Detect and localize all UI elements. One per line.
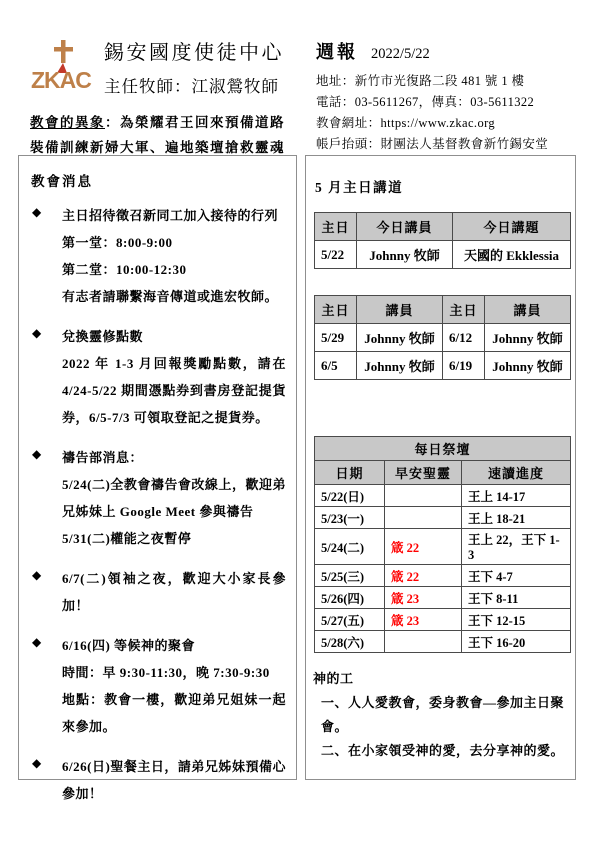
news-item: ◆ 6/26(日)聖餐主日，請弟兄姊妹預備心參加！ (29, 753, 286, 807)
table-row: 5/27(五) 箴 23 王下 12-15 (315, 609, 571, 631)
altar-date: 5/28(六) (315, 631, 385, 653)
news-item-body: 主日招待徵召新同工加入接待的行列 第一堂：8:00-9:00 第二堂：10:00… (62, 202, 286, 310)
sermon-date: 5/22 (315, 241, 357, 269)
altar-date: 5/26(四) (315, 587, 385, 609)
schedule-date: 6/12 (443, 324, 485, 352)
sermon-speaker: Johnny 牧師 (357, 241, 453, 269)
bulletin-title: 週報 (316, 42, 358, 62)
col-header: 今日講員 (357, 213, 453, 241)
altar-devotion: 箴 22 (385, 529, 462, 565)
sermon-section-title: 5 月主日講道 (315, 176, 568, 196)
news-line: 5/24(二)全教會禱告會改線上，歡迎弟兄姊妹上 Google Meet 參與禱… (62, 471, 286, 525)
news-item: ◆ 兌換靈修點數 2022 年 1-3 月回報獎勵點數，請在 4/24-5/22… (29, 323, 286, 431)
vision-line-1-text: ：為榮耀君王回來預備道路 (105, 115, 285, 130)
news-line: 兌換靈修點數 (62, 323, 286, 350)
diamond-bullet-icon: ◆ (29, 202, 62, 310)
diamond-bullet-icon: ◆ (29, 444, 62, 552)
altar-reading: 王下 4-7 (462, 565, 571, 587)
news-item-body: 禱告部消息： 5/24(二)全教會禱告會改線上，歡迎弟兄姊妹上 Google M… (62, 444, 286, 552)
news-item-body: 6/16(四) 等候神的聚會 時間：早 9:30-11:30，晚 7:30-9:… (62, 632, 286, 740)
diamond-bullet-icon: ◆ (29, 632, 62, 740)
news-line: 第二堂：10:00-12:30 (62, 256, 286, 283)
logo-text: ZKAC (31, 67, 91, 93)
bulletin-page: ZKAC 錫安國度使徒中心 主任牧師：江淑鶯牧師 教會的異象：為榮耀君王回來預備… (0, 0, 595, 841)
church-logo-icon: ZKAC (30, 38, 96, 96)
speaker-schedule-table: 主日 講員 主日 講員 5/29 Johnny 牧師 6/12 Johnny 牧… (314, 295, 571, 380)
col-header: 主日 (443, 296, 485, 324)
news-line: 有志者請聯繫海音傳道或進宏牧師。 (62, 283, 286, 310)
altar-reading: 王下 12-15 (462, 609, 571, 631)
news-line: 禱告部消息： (62, 444, 286, 471)
altar-reading: 王上 22，王下 1-3 (462, 529, 571, 565)
church-name: 錫安國度使徒中心 (104, 36, 284, 65)
church-titles: 錫安國度使徒中心 主任牧師：江淑鶯牧師 (104, 36, 284, 97)
daily-altar-title: 每日祭壇 (315, 437, 571, 461)
schedule-date: 6/5 (315, 352, 357, 380)
news-line: 5/31(二)權能之夜暫停 (62, 525, 286, 552)
table-header-row: 日期 早安聖靈 速讀進度 (315, 461, 571, 485)
news-item-body: 6/7(二)領袖之夜，歡迎大小家長參加！ (62, 565, 286, 619)
news-line: 6/16(四) 等候神的聚會 (62, 632, 286, 659)
gods-work-line: 二、在小家領受神的愛，去分享神的愛。 (313, 739, 568, 763)
church-phone: 電話：03-5611267，傳真：03-5611322 (316, 92, 580, 113)
logo-row: ZKAC 錫安國度使徒中心 主任牧師：江淑鶯牧師 (30, 36, 302, 97)
gods-work-title: 神的工 (313, 667, 568, 691)
col-header: 早安聖靈 (385, 461, 462, 485)
col-header: 講員 (357, 296, 443, 324)
news-item: ◆ 6/16(四) 等候神的聚會 時間：早 9:30-11:30，晚 7:30-… (29, 632, 286, 740)
altar-devotion (385, 507, 462, 529)
table-row: 5/28(六) 王下 16-20 (315, 631, 571, 653)
news-section-title: 教會消息 (31, 170, 286, 190)
table-row: 5/26(四) 箴 23 王下 8-11 (315, 587, 571, 609)
church-news-box: 教會消息 ◆ 主日招待徵召新同工加入接待的行列 第一堂：8:00-9:00 第二… (18, 155, 297, 780)
altar-reading: 王上 18-21 (462, 507, 571, 529)
diamond-bullet-icon: ◆ (29, 565, 62, 619)
diamond-bullet-icon: ◆ (29, 753, 62, 807)
altar-date: 5/24(二) (315, 529, 385, 565)
bulletin-date: 2022/5/22 (371, 46, 430, 62)
vision-line-1: 教會的異象：為榮耀君王回來預備道路 (30, 110, 302, 135)
schedule-date: 6/19 (443, 352, 485, 380)
col-header: 主日 (315, 213, 357, 241)
altar-reading: 王上 14-17 (462, 485, 571, 507)
table-row: 5/23(一) 王上 18-21 (315, 507, 571, 529)
altar-devotion: 箴 22 (385, 565, 462, 587)
table-row: 5/22 Johnny 牧師 天國的 Ekklessia (315, 241, 571, 269)
altar-reading: 王下 16-20 (462, 631, 571, 653)
news-line: 2022 年 1-3 月回報獎勵點數，請在 4/24-5/22 期間憑點券到書房… (62, 350, 286, 431)
altar-date: 5/23(一) (315, 507, 385, 529)
schedule-speaker: Johnny 牧師 (485, 352, 571, 380)
news-item: ◆ 禱告部消息： 5/24(二)全教會禱告會改線上，歡迎弟兄姊妹上 Google… (29, 444, 286, 552)
schedule-date: 5/29 (315, 324, 357, 352)
news-line: 時間：早 9:30-11:30，晚 7:30-9:30 (62, 659, 286, 686)
altar-reading: 王下 8-11 (462, 587, 571, 609)
altar-devotion (385, 485, 462, 507)
table-row: 5/24(二) 箴 22 王上 22，王下 1-3 (315, 529, 571, 565)
table-row: 5/29 Johnny 牧師 6/12 Johnny 牧師 (315, 324, 571, 352)
church-address: 地址：新竹市光復路二段 481 號 1 樓 (316, 71, 580, 92)
pastor-line: 主任牧師：江淑鶯牧師 (104, 73, 284, 97)
news-item-body: 兌換靈修點數 2022 年 1-3 月回報獎勵點數，請在 4/24-5/22 期… (62, 323, 286, 431)
table-header-row: 主日 講員 主日 講員 (315, 296, 571, 324)
altar-date: 5/25(三) (315, 565, 385, 587)
table-row: 6/5 Johnny 牧師 6/19 Johnny 牧師 (315, 352, 571, 380)
vision-label: 教會的異象 (30, 115, 105, 130)
col-header: 今日講題 (453, 213, 571, 241)
news-line: 地點：教會一樓，歡迎弟兄姐妹一起來參加。 (62, 686, 286, 740)
schedule-speaker: Johnny 牧師 (357, 324, 443, 352)
col-header: 主日 (315, 296, 357, 324)
sermon-topic: 天國的 Ekklessia (453, 241, 571, 269)
table-header-row: 主日 今日講員 今日講題 (315, 213, 571, 241)
news-line: 6/7(二)領袖之夜，歡迎大小家長參加！ (62, 565, 286, 619)
col-header: 日期 (315, 461, 385, 485)
gods-work-section: 神的工 一、人人愛教會，委身教會—參加主日聚會。 二、在小家領受神的愛，去分享神… (313, 667, 568, 763)
altar-date: 5/22(日) (315, 485, 385, 507)
schedule-speaker: Johnny 牧師 (485, 324, 571, 352)
sermon-table: 主日 今日講員 今日講題 5/22 Johnny 牧師 天國的 Ekklessi… (314, 212, 571, 269)
table-title-row: 每日祭壇 (315, 437, 571, 461)
table-row: 5/25(三) 箴 22 王下 4-7 (315, 565, 571, 587)
table-row: 5/22(日) 王上 14-17 (315, 485, 571, 507)
news-line: 主日招待徵召新同工加入接待的行列 (62, 202, 286, 229)
news-item-body: 6/26(日)聖餐主日，請弟兄姊妹預備心參加！ (62, 753, 286, 807)
news-line: 6/26(日)聖餐主日，請弟兄姊妹預備心參加！ (62, 753, 286, 807)
news-item: ◆ 6/7(二)領袖之夜，歡迎大小家長參加！ (29, 565, 286, 619)
diamond-bullet-icon: ◆ (29, 323, 62, 431)
account-name: 帳戶抬頭：財團法人基督教會新竹錫安堂 (316, 134, 580, 155)
news-line: 第一堂：8:00-9:00 (62, 229, 286, 256)
col-header: 講員 (485, 296, 571, 324)
sermon-info-box: 5 月主日講道 主日 今日講員 今日講題 5/22 Johnny 牧師 天國的 … (305, 155, 576, 780)
col-header: 速讀進度 (462, 461, 571, 485)
bulletin-title-line: 週報 2022/5/22 (316, 38, 580, 64)
altar-devotion (385, 631, 462, 653)
altar-devotion: 箴 23 (385, 587, 462, 609)
schedule-speaker: Johnny 牧師 (357, 352, 443, 380)
news-item: ◆ 主日招待徵召新同工加入接待的行列 第一堂：8:00-9:00 第二堂：10:… (29, 202, 286, 310)
altar-devotion: 箴 23 (385, 609, 462, 631)
gods-work-line: 一、人人愛教會，委身教會—參加主日聚會。 (313, 691, 568, 739)
altar-date: 5/27(五) (315, 609, 385, 631)
church-website: 教會網址：https://www.zkac.org (316, 113, 580, 134)
daily-altar-table: 每日祭壇 日期 早安聖靈 速讀進度 5/22(日) 王上 14-17 5/23(… (314, 436, 571, 653)
